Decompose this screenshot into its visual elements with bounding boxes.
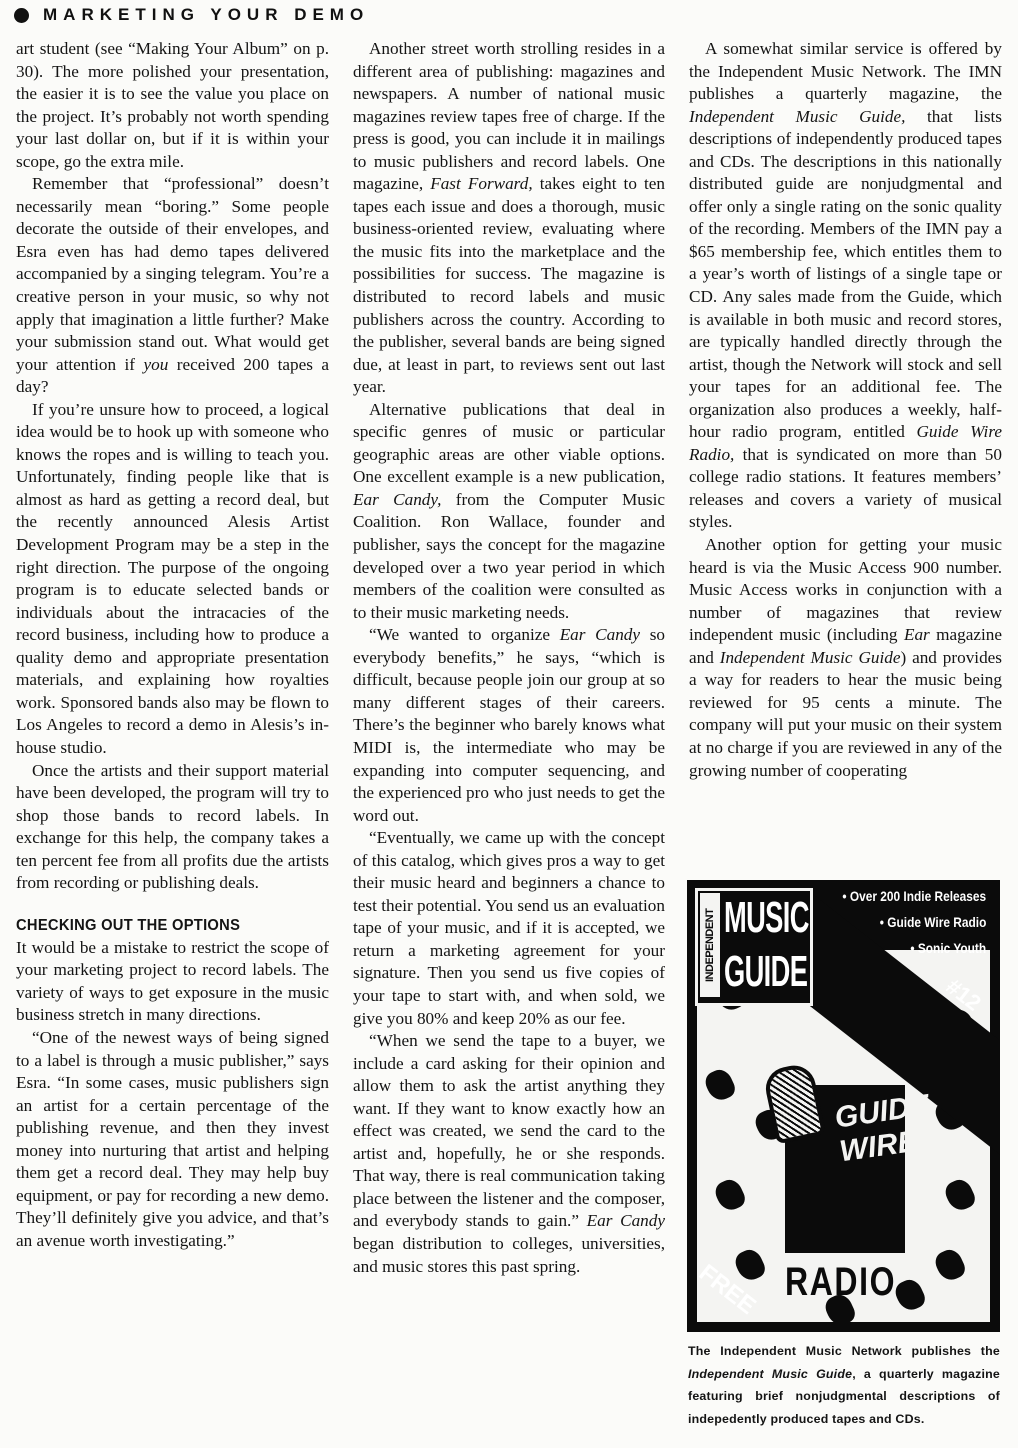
- paragraph: “Eventually, we came up with the con­cep…: [353, 827, 665, 1030]
- paragraph: Remember that “professional” doesn’t nec…: [16, 173, 329, 398]
- running-header: MARKETING YOUR DEMO: [14, 2, 369, 28]
- cover-tagline: • Sonic Youth: [910, 940, 986, 956]
- paragraph: Alternative publications that deal in sp…: [353, 399, 665, 624]
- cover-tagline: • Guide Wire Radio: [879, 914, 986, 930]
- paragraph: It would be a mistake to restrict the sc…: [16, 937, 329, 1027]
- paragraph: “One of the newest ways of being signed …: [16, 1027, 329, 1252]
- section-title: MARKETING YOUR DEMO: [43, 5, 369, 25]
- article-column-1: art student (see “Making Your Album” on …: [16, 38, 329, 1252]
- magazine-logo: INDEPENDENT MUSIC GUIDE: [695, 888, 813, 1006]
- guide-wire-logo: GUIDE WIRE: [833, 1089, 937, 1170]
- paragraph: Another street worth strolling resides i…: [353, 38, 665, 399]
- paragraph: Another option for getting your music he…: [689, 534, 1002, 782]
- paragraph: Once the artists and their support mater…: [16, 760, 329, 895]
- paragraph: A somewhat similar service is offered by…: [689, 38, 1002, 534]
- paragraph: If you’re unsure how to proceed, a logic…: [16, 399, 329, 760]
- article-column-2: Another street worth strolling resides i…: [353, 38, 665, 1278]
- bullet-icon: [14, 8, 29, 23]
- article-column-3: A somewhat similar service is offered by…: [689, 38, 1002, 782]
- radio-word: RADIO: [785, 1260, 896, 1305]
- image-caption: The Independent Music Network publishes …: [688, 1340, 1000, 1430]
- paragraph: “We wanted to organize Ear Candy so ever…: [353, 624, 665, 827]
- paragraph: “When we send the tape to a buyer, we in…: [353, 1030, 665, 1278]
- cover-tagline: • Over 200 Indie Releases: [842, 888, 986, 904]
- section-heading: CHECKING OUT THE OPTIONS: [16, 915, 304, 937]
- paragraph: art student (see “Making Your Album” on …: [16, 38, 329, 173]
- magazine-cover-image: INDEPENDENT MUSIC GUIDE • Over 200 Indie…: [687, 880, 1000, 1332]
